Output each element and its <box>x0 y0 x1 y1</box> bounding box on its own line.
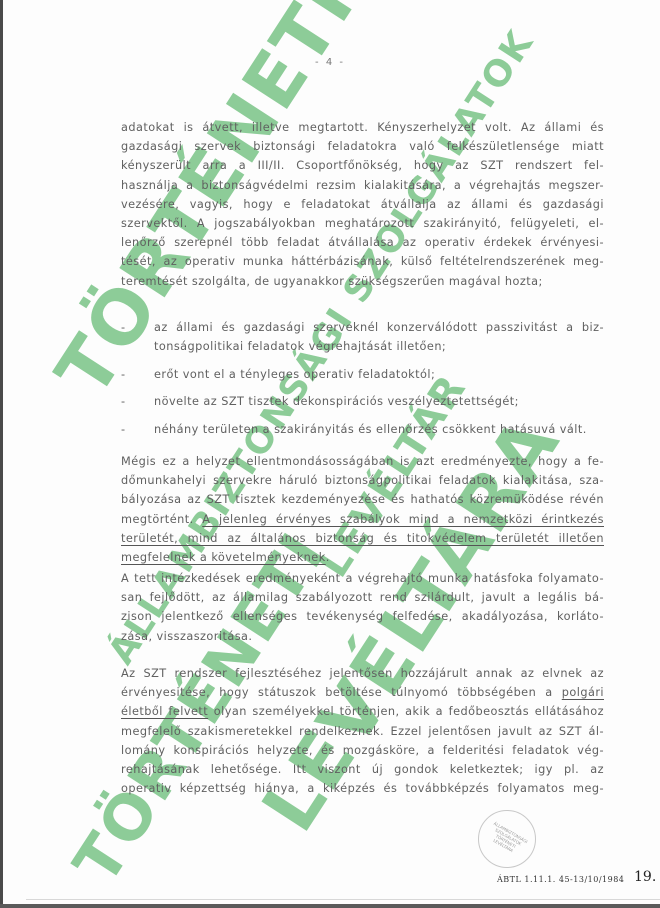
underlined-text: életből felvett <box>121 705 208 718</box>
scan-bottom-line <box>26 899 660 900</box>
text-line: zison jelentkező ellenséges tevékenység … <box>121 607 604 626</box>
paragraph-4: Az SZT rendszer fejlesztéséhez jelentőse… <box>121 664 604 798</box>
text-line: megfelelő szakismeretekkel rendelkeznek.… <box>121 722 604 741</box>
text-line: vezésére, vagyis, hogy e feladatokat átv… <box>121 195 604 214</box>
stamp-text: ÁLLAMBIZTONSÁGI SZOLGÁLATOK TÖRTÉNETI LE… <box>485 820 530 857</box>
text-line: san fejlődött, az államilag szabályozott… <box>121 588 604 607</box>
text-line: erőt vont el a tényleges operativ felada… <box>154 365 604 384</box>
text-line: növelte az SZT tisztek dekonspirációs ve… <box>154 392 604 411</box>
text-line: megtörtént. A jelenleg érvényes szabályo… <box>121 510 604 529</box>
list-item: - növelte az SZT tisztek dekonspirációs … <box>121 392 604 411</box>
text-line: gazdasági szervek biztonsági feladatokra… <box>121 137 604 156</box>
list-item: - az állami és gazdasági szerveknél konz… <box>121 318 604 356</box>
list-dash: - <box>121 318 126 337</box>
text-line: dőmunkahelyi szervekre háruló biztonságp… <box>121 471 604 490</box>
text-line: operativ képzettség hiánya, a kiképzés é… <box>121 779 604 798</box>
text-line: szervektől. A jogszabályokban meghatároz… <box>121 214 604 233</box>
text-line: teremtését szolgálta, de ugyanakkor szük… <box>121 272 604 291</box>
archive-page-number: 19. <box>634 869 656 885</box>
text-line: rehajtásának lehetősége. Itt viszont új … <box>121 760 604 779</box>
text-plain: érvényesitése, hogy státuszok betöltése … <box>121 686 562 699</box>
underlined-text: A jelenleg érvényes szabályok mind a nem… <box>202 513 604 526</box>
text-plain: olyan személyekkel történjen, akik a fed… <box>208 705 604 718</box>
scan-bottom-edge <box>0 904 660 908</box>
text-line: bályozása az SZT tisztek kezdeményezése … <box>121 490 604 509</box>
text-line: Mégis ez a helyzet ellentmondásosságában… <box>121 452 604 471</box>
archive-reference-code: ÁBTL 1.11.1. 45-13/10/1984 <box>497 875 624 884</box>
underlined-text: megfelelnek a követelményeknek <box>121 551 326 564</box>
list-item: - erőt vont el a tényleges operativ fela… <box>121 365 604 384</box>
text-plain: megtörtént. <box>121 513 202 526</box>
scan-left-edge <box>0 0 3 908</box>
list-item: - néhány területen a szakirányitás és el… <box>121 420 604 439</box>
text-line: lomány konspirációs helyzete, és mozgásk… <box>121 741 604 760</box>
text-line: tonságpolitikai feladatok végrehajtását … <box>154 337 604 356</box>
paragraph-2: Mégis ez a helyzet ellentmondásosságában… <box>121 452 604 567</box>
paragraph-1: adatokat is átvett, illetve megtartott. … <box>121 118 604 291</box>
text-line: adatokat is átvett, illetve megtartott. … <box>121 118 604 137</box>
text-line: Az SZT rendszer fejlesztéséhez jelentőse… <box>121 664 604 683</box>
archive-stamp: ÁLLAMBIZTONSÁGI SZOLGÁLATOK TÖRTÉNETI LE… <box>478 810 536 868</box>
text-line: néhány területen a szakirányitás és elle… <box>154 420 604 439</box>
text-line: tését, az operativ munka háttérbázisának… <box>121 252 604 271</box>
consequences-list: - az állami és gazdasági szerveknél konz… <box>121 318 604 447</box>
paragraph-3: A tett intézkedések eredményeként a végr… <box>121 569 604 646</box>
text-line: megfelelnek a követelményeknek. <box>121 548 604 567</box>
text-line: zása, visszaszoritása. <box>121 627 604 646</box>
document-page: TÖRTÉNETI ÁLLAMBIZTONSÁGI SZOLGÁLATOK LE… <box>0 0 660 908</box>
text-line: lenőrző szerepnél több feladat átvállalá… <box>121 233 604 252</box>
text-line: A tett intézkedések eredményeként a végr… <box>121 569 604 588</box>
text-line: az állami és gazdasági szerveknél konzer… <box>154 318 604 337</box>
list-dash: - <box>121 365 126 384</box>
text-line: érvényesitése, hogy státuszok betöltése … <box>121 683 604 702</box>
list-dash: - <box>121 392 126 411</box>
underlined-text: területét, mind az általános biztonság é… <box>121 529 604 548</box>
underlined-text: polgári <box>562 686 604 699</box>
text-line: kényszerült arra a III/II. Csoportfőnöks… <box>121 156 604 175</box>
text-line: használja a biztonságvédelmi rezsim kial… <box>121 176 604 195</box>
text-plain: . <box>326 551 330 564</box>
list-dash: - <box>121 420 126 439</box>
text-line: életből felvett olyan személyekkel törté… <box>121 702 604 721</box>
page-number: - 4 - <box>315 57 345 68</box>
